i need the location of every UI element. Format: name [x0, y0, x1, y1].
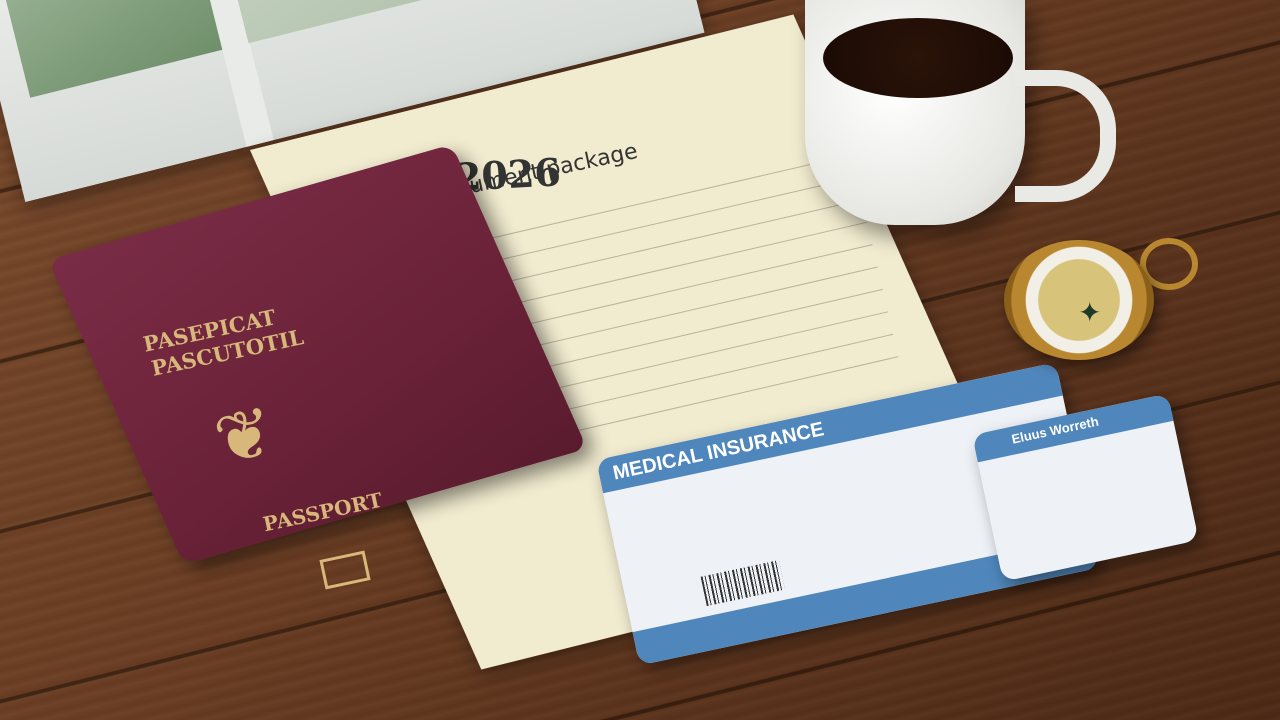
photo-scene: 2026 perfect document package PASEPICAT …: [0, 0, 1280, 720]
compass-needle-icon: ✦: [1078, 296, 1101, 329]
window-glass: [0, 0, 224, 98]
barcode-icon: [701, 560, 785, 606]
biometric-chip-icon: [319, 551, 370, 590]
cup-handle: [1015, 70, 1116, 202]
window-glass: [212, 0, 656, 43]
coffee: [823, 18, 1013, 98]
